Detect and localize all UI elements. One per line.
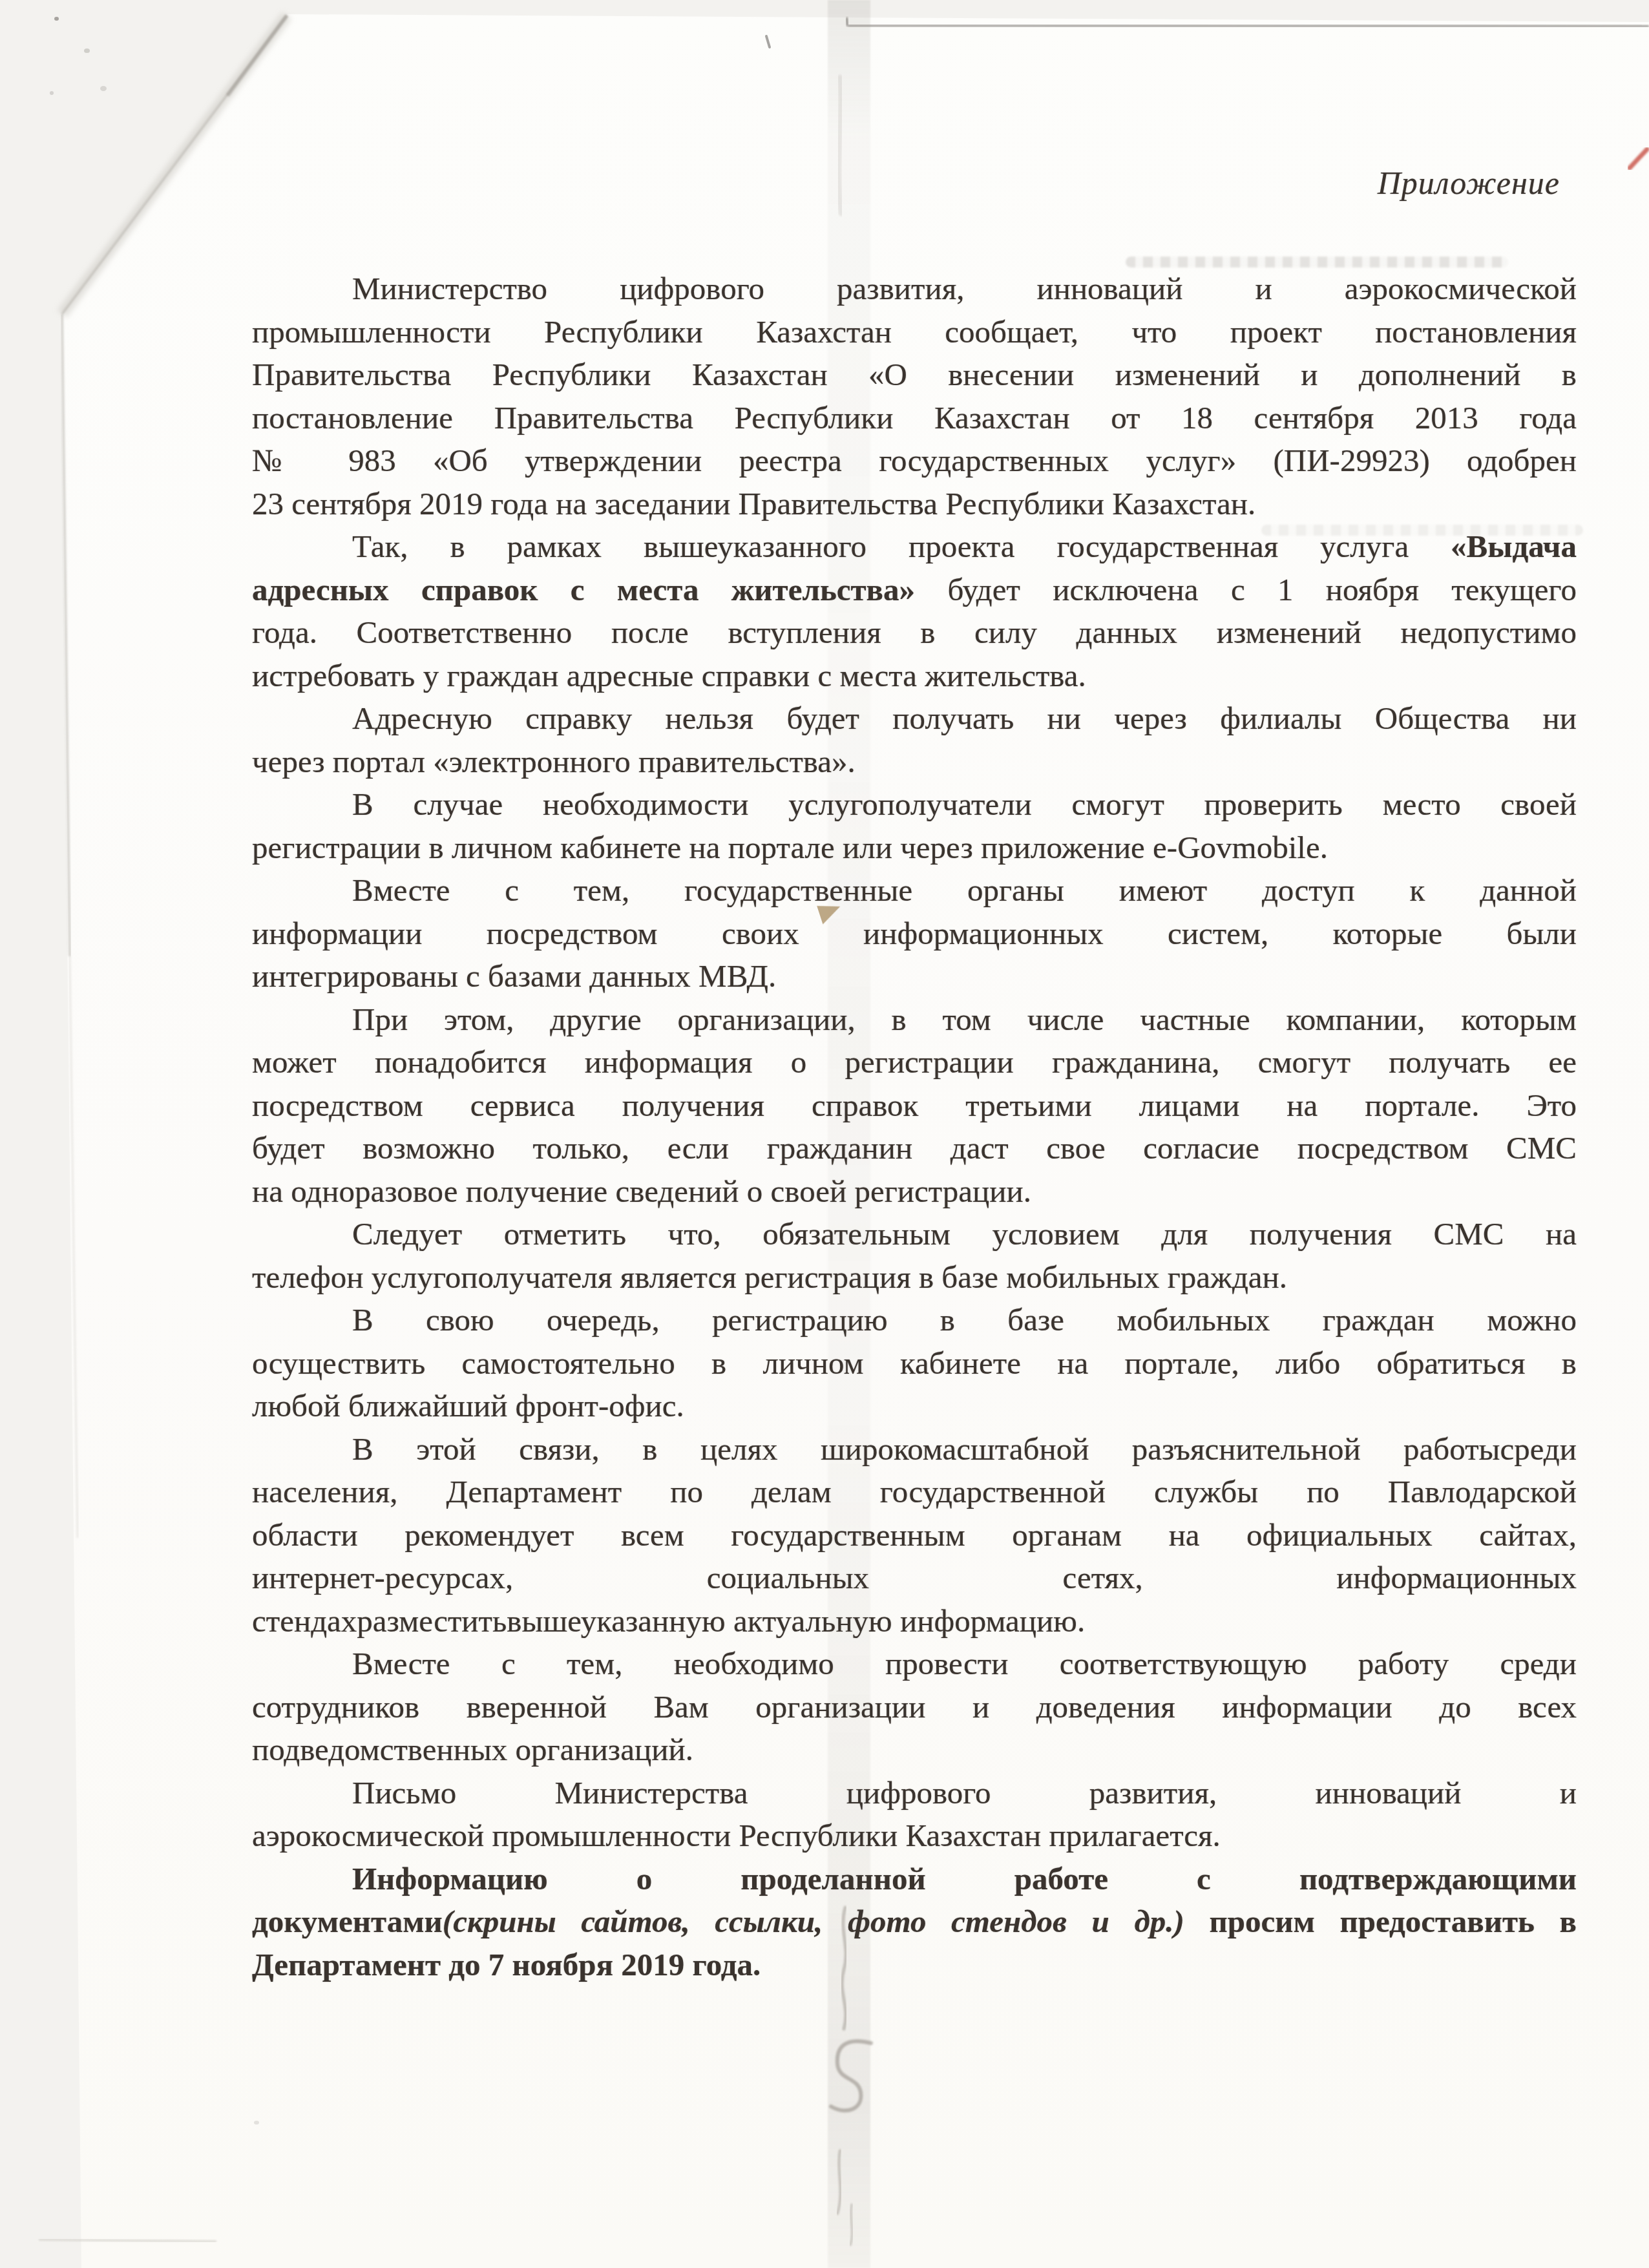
paragraph: Адресную справку нельзя будет получать н… bbox=[252, 697, 1577, 783]
text-line: При этом, другие организации, в том числ… bbox=[252, 998, 1577, 1042]
text-line: сотрудников вверенной Вам организации и … bbox=[252, 1686, 1577, 1729]
text-run: В свою очередь, регистрацию в базе мобил… bbox=[352, 1302, 1577, 1338]
text-run: № 983 «Об утверждении реестра государств… bbox=[252, 443, 1577, 478]
paper-speck bbox=[84, 48, 90, 53]
text-run: промышленности Республики Казахстан сооб… bbox=[252, 314, 1577, 350]
text-line: через портал «электронного правительства… bbox=[252, 740, 1577, 784]
text-line: адресных справок с места жительства» буд… bbox=[252, 569, 1577, 612]
text-line: Вместе с тем, необходимо провести соотве… bbox=[252, 1643, 1577, 1686]
text-run: документами bbox=[252, 1904, 443, 1939]
text-line: В этой связи, в целях широкомасштабной р… bbox=[252, 1428, 1577, 1471]
text-line: населения, Департамент по делам государс… bbox=[252, 1471, 1577, 1514]
text-run: на одноразовое получение сведений о свое… bbox=[252, 1173, 1031, 1209]
text-line: Следует отметить что, обязательным услов… bbox=[252, 1213, 1577, 1256]
text-run: Адресную справку нельзя будет получать н… bbox=[352, 700, 1577, 736]
text-run: информации посредством своих информацион… bbox=[252, 916, 1577, 951]
text-line: на одноразовое получение сведений о свое… bbox=[252, 1170, 1577, 1213]
text-run: истребовать у граждан адресные справки с… bbox=[252, 658, 1086, 693]
text-run: стендахразместитьвышеуказанную актуальну… bbox=[252, 1603, 1085, 1639]
text-line: информации посредством своих информацион… bbox=[252, 912, 1577, 956]
text-line: В случае необходимости услугополучатели … bbox=[252, 783, 1577, 826]
text-run: регистрации в личном кабинете на портале… bbox=[252, 830, 1328, 865]
paper-speck bbox=[50, 91, 54, 95]
paragraph: Вместе с тем, государственные органы име… bbox=[252, 869, 1577, 998]
text-line: стендахразместитьвышеуказанную актуальну… bbox=[252, 1600, 1577, 1643]
text-run: сотрудников вверенной Вам организации и … bbox=[252, 1689, 1577, 1725]
text-line: документами(скрины сайтов, ссылки, фото … bbox=[252, 1900, 1577, 1944]
text-run: Вместе с тем, необходимо провести соотве… bbox=[352, 1646, 1577, 1681]
text-run: Следует отметить что, обязательным услов… bbox=[352, 1216, 1577, 1252]
text-run: Вместе с тем, государственные органы име… bbox=[352, 872, 1577, 908]
paragraph: Так, в рамках вышеуказанного проекта гос… bbox=[252, 525, 1577, 697]
text-run: Письмо Министерства цифрового развития, … bbox=[352, 1775, 1577, 1811]
document-body: Министерство цифрового развития, инновац… bbox=[252, 268, 1577, 1986]
text-run: Так, в рамках вышеуказанного проекта гос… bbox=[352, 529, 1451, 564]
text-line: любой ближайший фронт-офис. bbox=[252, 1385, 1577, 1428]
text-run: будет исключена с 1 ноября текущего bbox=[915, 572, 1577, 607]
paragraph: В случае необходимости услугополучатели … bbox=[252, 783, 1577, 869]
text-run: (скрины сайтов, ссылки, фото стендов и д… bbox=[443, 1904, 1184, 1939]
text-run: интернет-ресурсах, социальных сетях, инф… bbox=[252, 1560, 1577, 1595]
text-run: Правительства Республики Казахстан «О вн… bbox=[252, 357, 1577, 392]
text-line: Письмо Министерства цифрового развития, … bbox=[252, 1772, 1577, 1815]
text-run: осуществить самостоятельно в личном каби… bbox=[252, 1345, 1577, 1381]
text-line: интернет-ресурсах, социальных сетях, инф… bbox=[252, 1557, 1577, 1600]
text-run: «Выдача bbox=[1451, 529, 1577, 564]
text-line: Так, в рамках вышеуказанного проекта гос… bbox=[252, 525, 1577, 569]
text-run: постановление Правительства Республики К… bbox=[252, 400, 1577, 436]
text-run: интегрированы с базами данных МВД. bbox=[252, 958, 776, 994]
text-run: адресных справок с места жительства» bbox=[252, 572, 915, 607]
paragraph: При этом, другие организации, в том числ… bbox=[252, 998, 1577, 1213]
text-line: телефон услугополучателя является регист… bbox=[252, 1256, 1577, 1299]
text-line: регистрации в личном кабинете на портале… bbox=[252, 826, 1577, 870]
paper-speck bbox=[54, 17, 59, 21]
text-run: Департамент до 7 ноября 2019 года. bbox=[252, 1947, 761, 1982]
text-line: подведомственных организаций. bbox=[252, 1728, 1577, 1772]
paragraph: В свою очередь, регистрацию в базе мобил… bbox=[252, 1299, 1577, 1428]
text-run: При этом, другие организации, в том числ… bbox=[352, 1002, 1577, 1037]
text-run: подведомственных организаций. bbox=[252, 1732, 693, 1767]
text-run: населения, Департамент по делам государс… bbox=[252, 1474, 1577, 1509]
text-run: любой ближайший фронт-офис. bbox=[252, 1388, 684, 1423]
text-line: посредством сервиса получения справок тр… bbox=[252, 1084, 1577, 1128]
text-line: осуществить самостоятельно в личном каби… bbox=[252, 1342, 1577, 1385]
text-run: В случае необходимости услугополучатели … bbox=[352, 786, 1577, 822]
text-run: просим предоставить в bbox=[1184, 1904, 1577, 1939]
text-line: Информацию о проделанной работе с подтве… bbox=[252, 1858, 1577, 1901]
text-run: области рекомендует всем государственным… bbox=[252, 1517, 1577, 1553]
text-run: В этой связи, в целях широкомасштабной р… bbox=[352, 1431, 1577, 1467]
text-run: может понадобится информация о регистрац… bbox=[252, 1044, 1577, 1080]
text-run: будет возможно только, если гражданин да… bbox=[252, 1130, 1577, 1166]
text-line: истребовать у граждан адресные справки с… bbox=[252, 655, 1577, 698]
paragraph: Вместе с тем, необходимо провести соотве… bbox=[252, 1643, 1577, 1772]
text-run: через портал «электронного правительства… bbox=[252, 744, 856, 779]
text-line: Правительства Республики Казахстан «О вн… bbox=[252, 353, 1577, 397]
text-line: может понадобится информация о регистрац… bbox=[252, 1041, 1577, 1084]
text-line: постановление Правительства Республики К… bbox=[252, 397, 1577, 440]
letter-content: Приложение Министерство цифрового развит… bbox=[252, 162, 1577, 1986]
paragraph: Министерство цифрового развития, инновац… bbox=[252, 268, 1577, 525]
text-line: Департамент до 7 ноября 2019 года. bbox=[252, 1944, 1577, 1987]
text-run: года. Соответственно после вступления в … bbox=[252, 614, 1577, 650]
paper-speck bbox=[100, 86, 107, 91]
appendix-label: Приложение bbox=[252, 162, 1577, 204]
text-run: Министерство цифрового развития, инновац… bbox=[352, 271, 1577, 306]
text-line: Адресную справку нельзя будет получать н… bbox=[252, 697, 1577, 740]
paragraph: Письмо Министерства цифрового развития, … bbox=[252, 1772, 1577, 1858]
text-line: будет возможно только, если гражданин да… bbox=[252, 1127, 1577, 1170]
text-run: телефон услугополучателя является регист… bbox=[252, 1259, 1287, 1295]
text-run: аэрокосмической промышленности Республик… bbox=[252, 1818, 1221, 1853]
paragraph: В этой связи, в целях широкомасштабной р… bbox=[252, 1428, 1577, 1643]
scanned-page: Приложение Министерство цифрового развит… bbox=[0, 0, 1649, 2268]
text-line: аэрокосмической промышленности Республик… bbox=[252, 1814, 1577, 1858]
text-line: № 983 «Об утверждении реестра государств… bbox=[252, 439, 1577, 483]
text-line: В свою очередь, регистрацию в базе мобил… bbox=[252, 1299, 1577, 1342]
paragraph: Следует отметить что, обязательным услов… bbox=[252, 1213, 1577, 1299]
text-line: промышленности Республики Казахстан сооб… bbox=[252, 311, 1577, 354]
text-run: Информацию о проделанной работе с подтве… bbox=[352, 1861, 1577, 1896]
text-line: области рекомендует всем государственным… bbox=[252, 1514, 1577, 1557]
text-line: Министерство цифрового развития, инновац… bbox=[252, 268, 1577, 311]
text-line: Вместе с тем, государственные органы име… bbox=[252, 869, 1577, 912]
paragraph: Информацию о проделанной работе с подтве… bbox=[252, 1858, 1577, 1987]
text-run: посредством сервиса получения справок тр… bbox=[252, 1087, 1577, 1123]
text-run: 23 сентября 2019 года на заседании Прави… bbox=[252, 486, 1255, 521]
text-line: интегрированы с базами данных МВД. bbox=[252, 955, 1577, 998]
text-line: 23 сентября 2019 года на заседании Прави… bbox=[252, 483, 1577, 526]
text-line: года. Соответственно после вступления в … bbox=[252, 611, 1577, 655]
